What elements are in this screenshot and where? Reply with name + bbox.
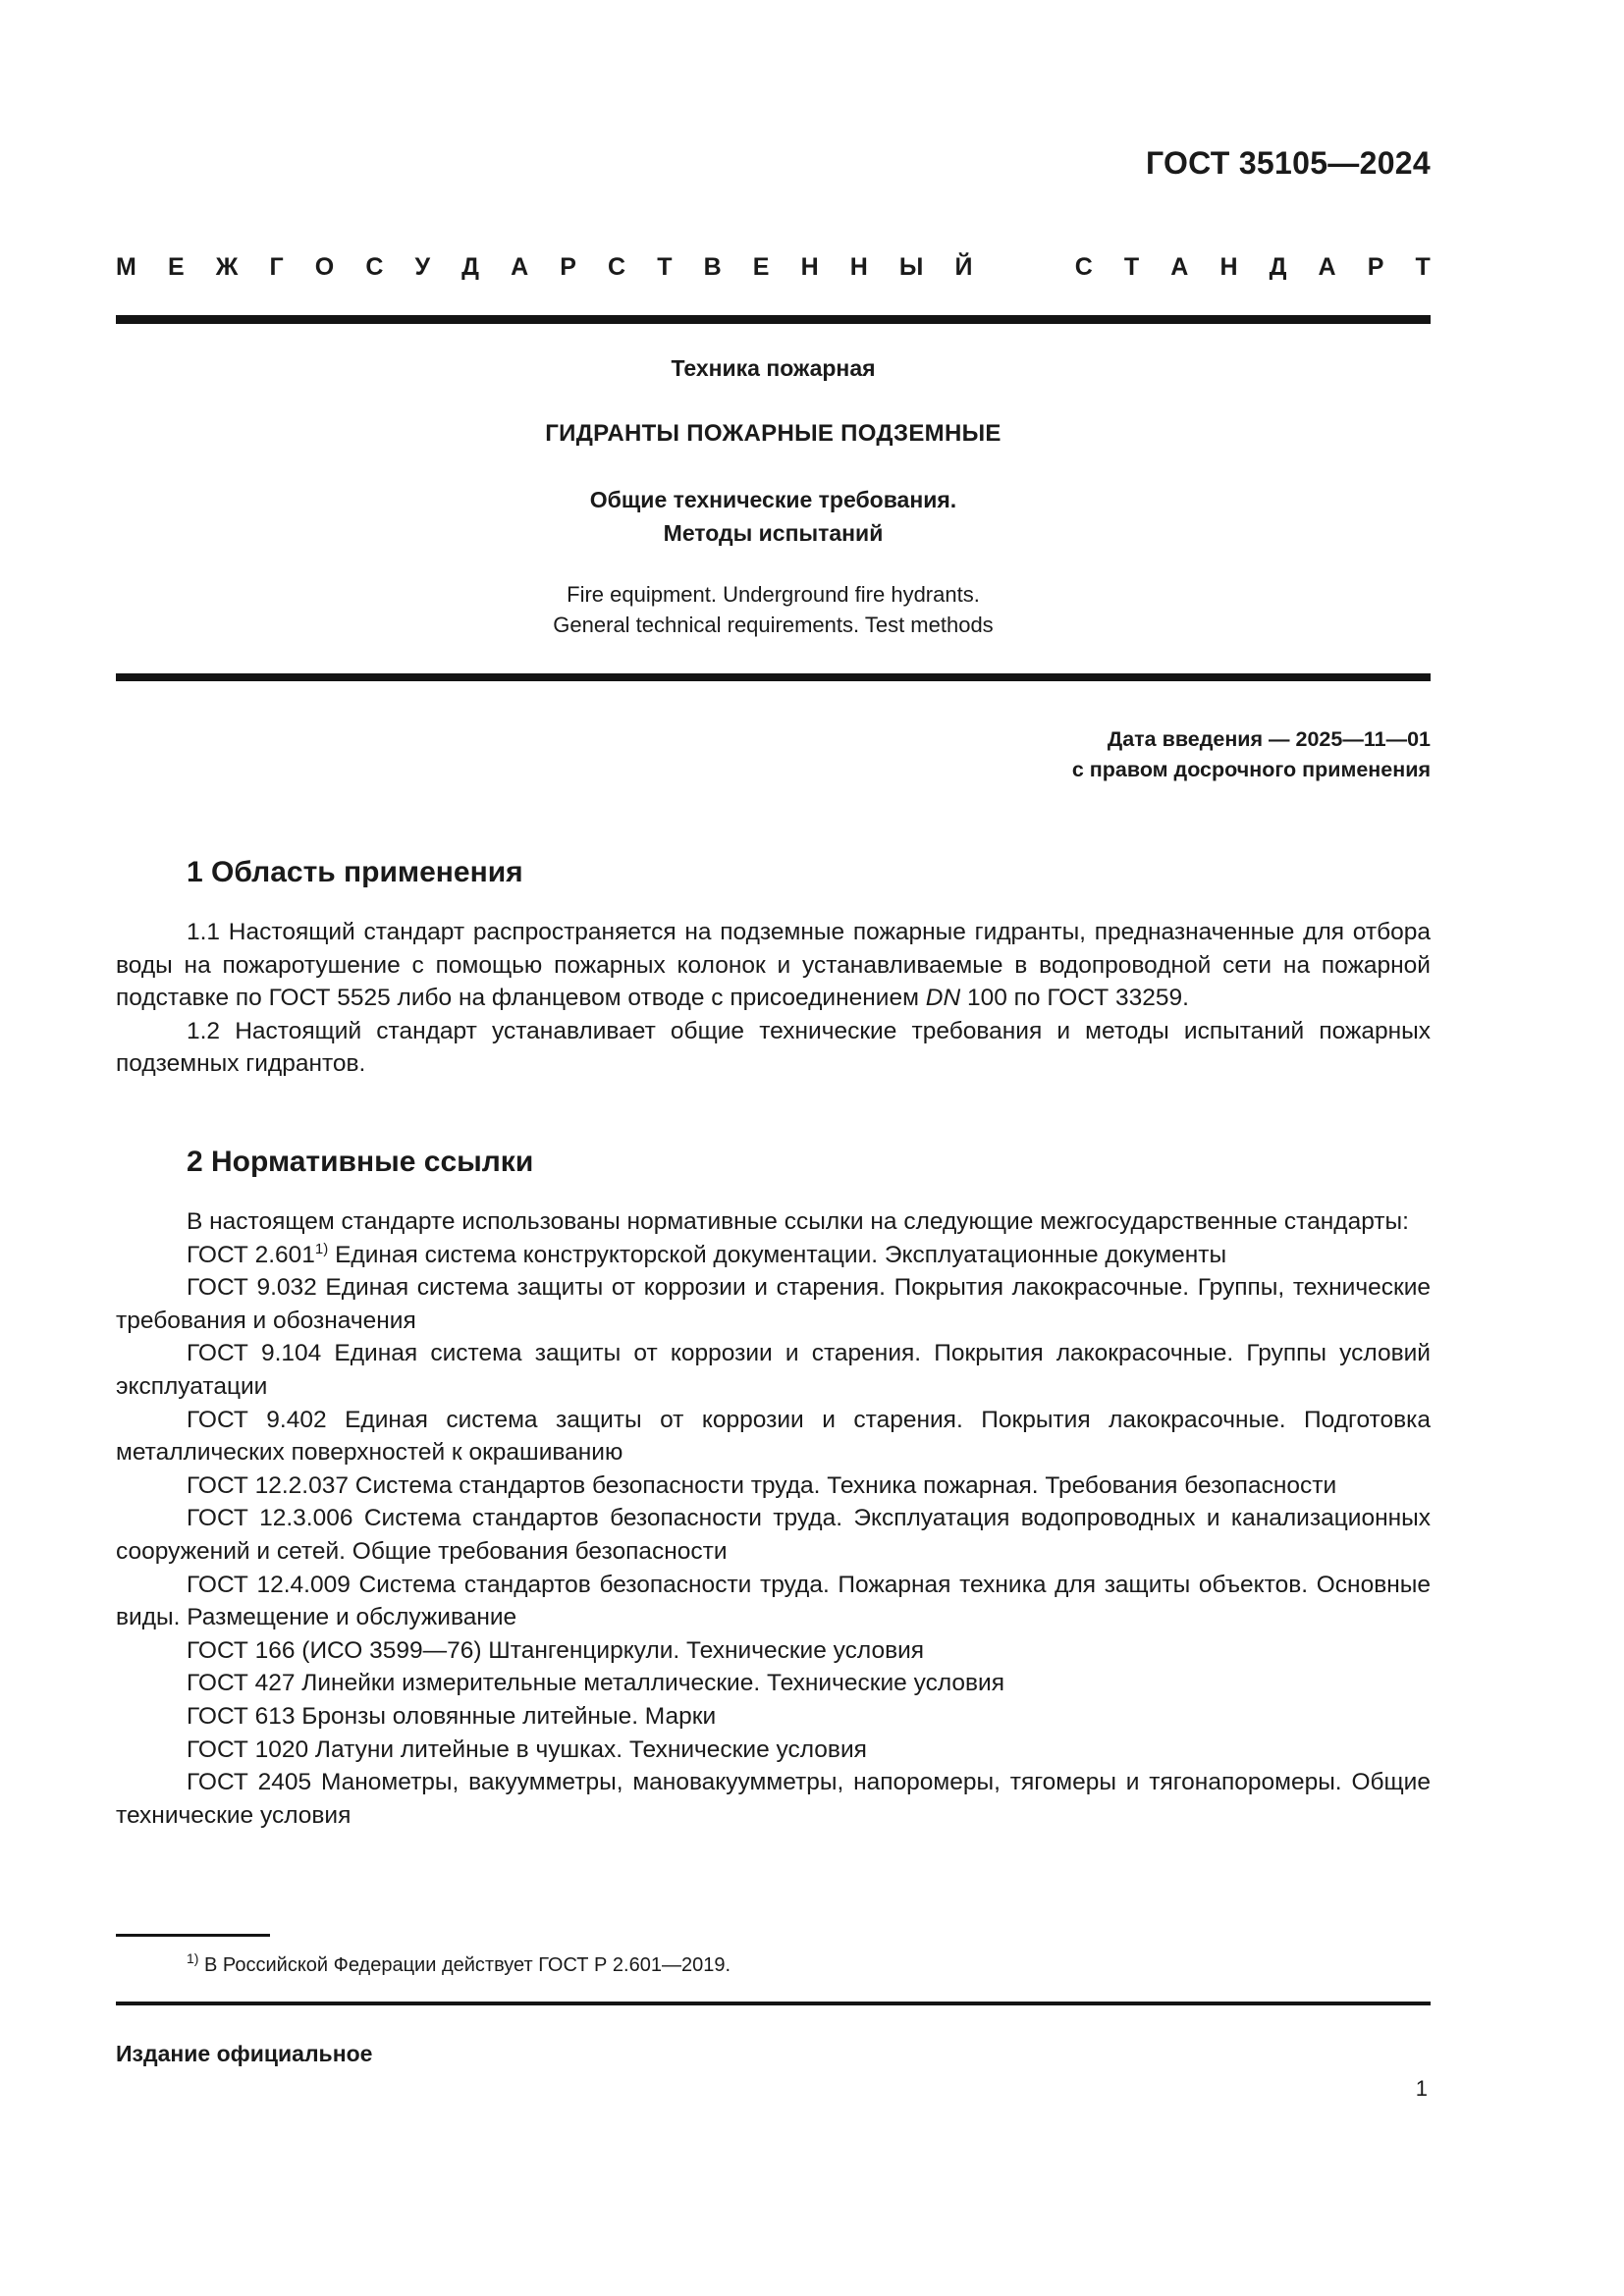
- series-letter: Д: [461, 253, 479, 282]
- series-letter: А: [1170, 253, 1188, 282]
- series-letter: Т: [657, 253, 672, 282]
- introduction-date-line: Дата введения — 2025—11—01: [1072, 724, 1431, 755]
- series-letter: М: [116, 253, 136, 282]
- series-letter: Т: [1416, 253, 1431, 282]
- series-letter: С: [608, 253, 625, 282]
- reference-item: ГОСТ 9.402 Единая система защиты от корр…: [116, 1404, 1431, 1469]
- section-1-heading: 1 Область применения: [187, 856, 523, 889]
- series-letter: А: [1319, 253, 1336, 282]
- reference-item: ГОСТ 166 (ИСО 3599—76) Штангенциркули. Т…: [116, 1634, 1431, 1668]
- series-letter: Д: [1270, 253, 1287, 282]
- section-2-heading: 2 Нормативные ссылки: [187, 1146, 533, 1179]
- series-letter: Е: [168, 253, 185, 282]
- page-number: 1: [1416, 2076, 1428, 2102]
- footnote: 1) В Российской Федерации действует ГОСТ…: [187, 1950, 731, 1977]
- reference-item: ГОСТ 12.4.009 Система стандартов безопас…: [116, 1569, 1431, 1634]
- series-letter: В: [704, 253, 722, 282]
- series-letter: Ы: [899, 253, 923, 282]
- early-application-note: с правом досрочного применения: [1072, 755, 1431, 785]
- series-letter: Е: [753, 253, 770, 282]
- series-letter: С: [1075, 253, 1093, 282]
- series-letter: У: [414, 253, 430, 282]
- series-letter: Г: [269, 253, 283, 282]
- clause-1-1-text-end: 100 по ГОСТ 33259.: [960, 985, 1189, 1011]
- series-gap: [1004, 253, 1044, 282]
- reference-item: ГОСТ 1020 Латуни литейные в чушках. Техн…: [116, 1734, 1431, 1767]
- title-english: Fire equipment. Underground fire hydrant…: [116, 579, 1431, 640]
- title-subtitle-line2: Методы испытаний: [116, 516, 1431, 550]
- references-intro: В настоящем стандарте использованы норма…: [116, 1205, 1431, 1239]
- reference-item: ГОСТ 427 Линейки измерительные металличе…: [116, 1667, 1431, 1700]
- series-letter: Р: [560, 253, 576, 282]
- title-subtitle-line1: Общие технические требования.: [116, 483, 1431, 516]
- series-letter: Н: [801, 253, 819, 282]
- reference-item: ГОСТ 9.032 Единая система защиты от корр…: [116, 1271, 1431, 1337]
- series-letter: Р: [1368, 253, 1384, 282]
- series-letter: Н: [1219, 253, 1237, 282]
- reference-item: ГОСТ 2405 Манометры, вакуумметры, манова…: [116, 1766, 1431, 1832]
- section-2-body: В настоящем стандарте использованы норма…: [116, 1205, 1431, 1832]
- title-subtitle: Общие технические требования. Методы исп…: [116, 483, 1431, 550]
- series-letter: Н: [850, 253, 868, 282]
- title-area: Техника пожарная: [116, 355, 1431, 382]
- clause-1-2: 1.2 Настоящий стандарт устанавливает общ…: [116, 1015, 1431, 1081]
- footnote-mark: 1): [187, 1950, 198, 1966]
- official-edition-label: Издание официальное: [116, 2041, 372, 2067]
- standard-series-title: МЕЖГОСУДАРСТВЕННЫЙСТАНДАРТ: [116, 253, 1431, 282]
- series-letter: Ж: [216, 253, 239, 282]
- series-letter: О: [315, 253, 334, 282]
- series-letter: Т: [1124, 253, 1139, 282]
- reference-item: ГОСТ 9.104 Единая система защиты от корр…: [116, 1337, 1431, 1403]
- footer-rule: [116, 2002, 1431, 2005]
- reference-item: ГОСТ 12.2.037 Система стандартов безопас…: [116, 1469, 1431, 1503]
- footnote-marker: 1): [315, 1241, 328, 1257]
- reference-code: ГОСТ 2.601: [187, 1242, 315, 1268]
- reference-title: Единая система конструкторской документа…: [328, 1242, 1226, 1268]
- series-letter: С: [365, 253, 383, 282]
- title-english-line1: Fire equipment. Underground fire hydrant…: [116, 579, 1431, 610]
- clause-1-1-text: 1.1 Настоящий стандарт распространяется …: [116, 919, 1431, 1011]
- dn-symbol: DN: [926, 985, 960, 1011]
- clause-1-1: 1.1 Настоящий стандарт распространяется …: [116, 916, 1431, 1015]
- series-letter: Й: [955, 253, 973, 282]
- document-number: ГОСТ 35105—2024: [1146, 145, 1431, 182]
- references-list: ГОСТ 9.032 Единая система защиты от корр…: [116, 1271, 1431, 1832]
- reference-item: ГОСТ 2.6011) Единая система конструкторс…: [116, 1239, 1431, 1272]
- section-1-body: 1.1 Настоящий стандарт распространяется …: [116, 916, 1431, 1081]
- footnote-separator: [116, 1934, 270, 1937]
- title-english-line2: General technical requirements. Test met…: [116, 610, 1431, 640]
- title-main: ГИДРАНТЫ ПОЖАРНЫЕ ПОДЗЕМНЫЕ: [116, 420, 1431, 448]
- footnote-text: В Российской Федерации действует ГОСТ Р …: [198, 1954, 731, 1976]
- series-letter: А: [511, 253, 528, 282]
- introduction-date: Дата введения — 2025—11—01 с правом доср…: [1072, 724, 1431, 785]
- reference-item: ГОСТ 12.3.006 Система стандартов безопас…: [116, 1502, 1431, 1568]
- top-rule: [116, 315, 1431, 324]
- title-bottom-rule: [116, 673, 1431, 681]
- reference-item: ГОСТ 613 Бронзы оловянные литейные. Марк…: [116, 1700, 1431, 1734]
